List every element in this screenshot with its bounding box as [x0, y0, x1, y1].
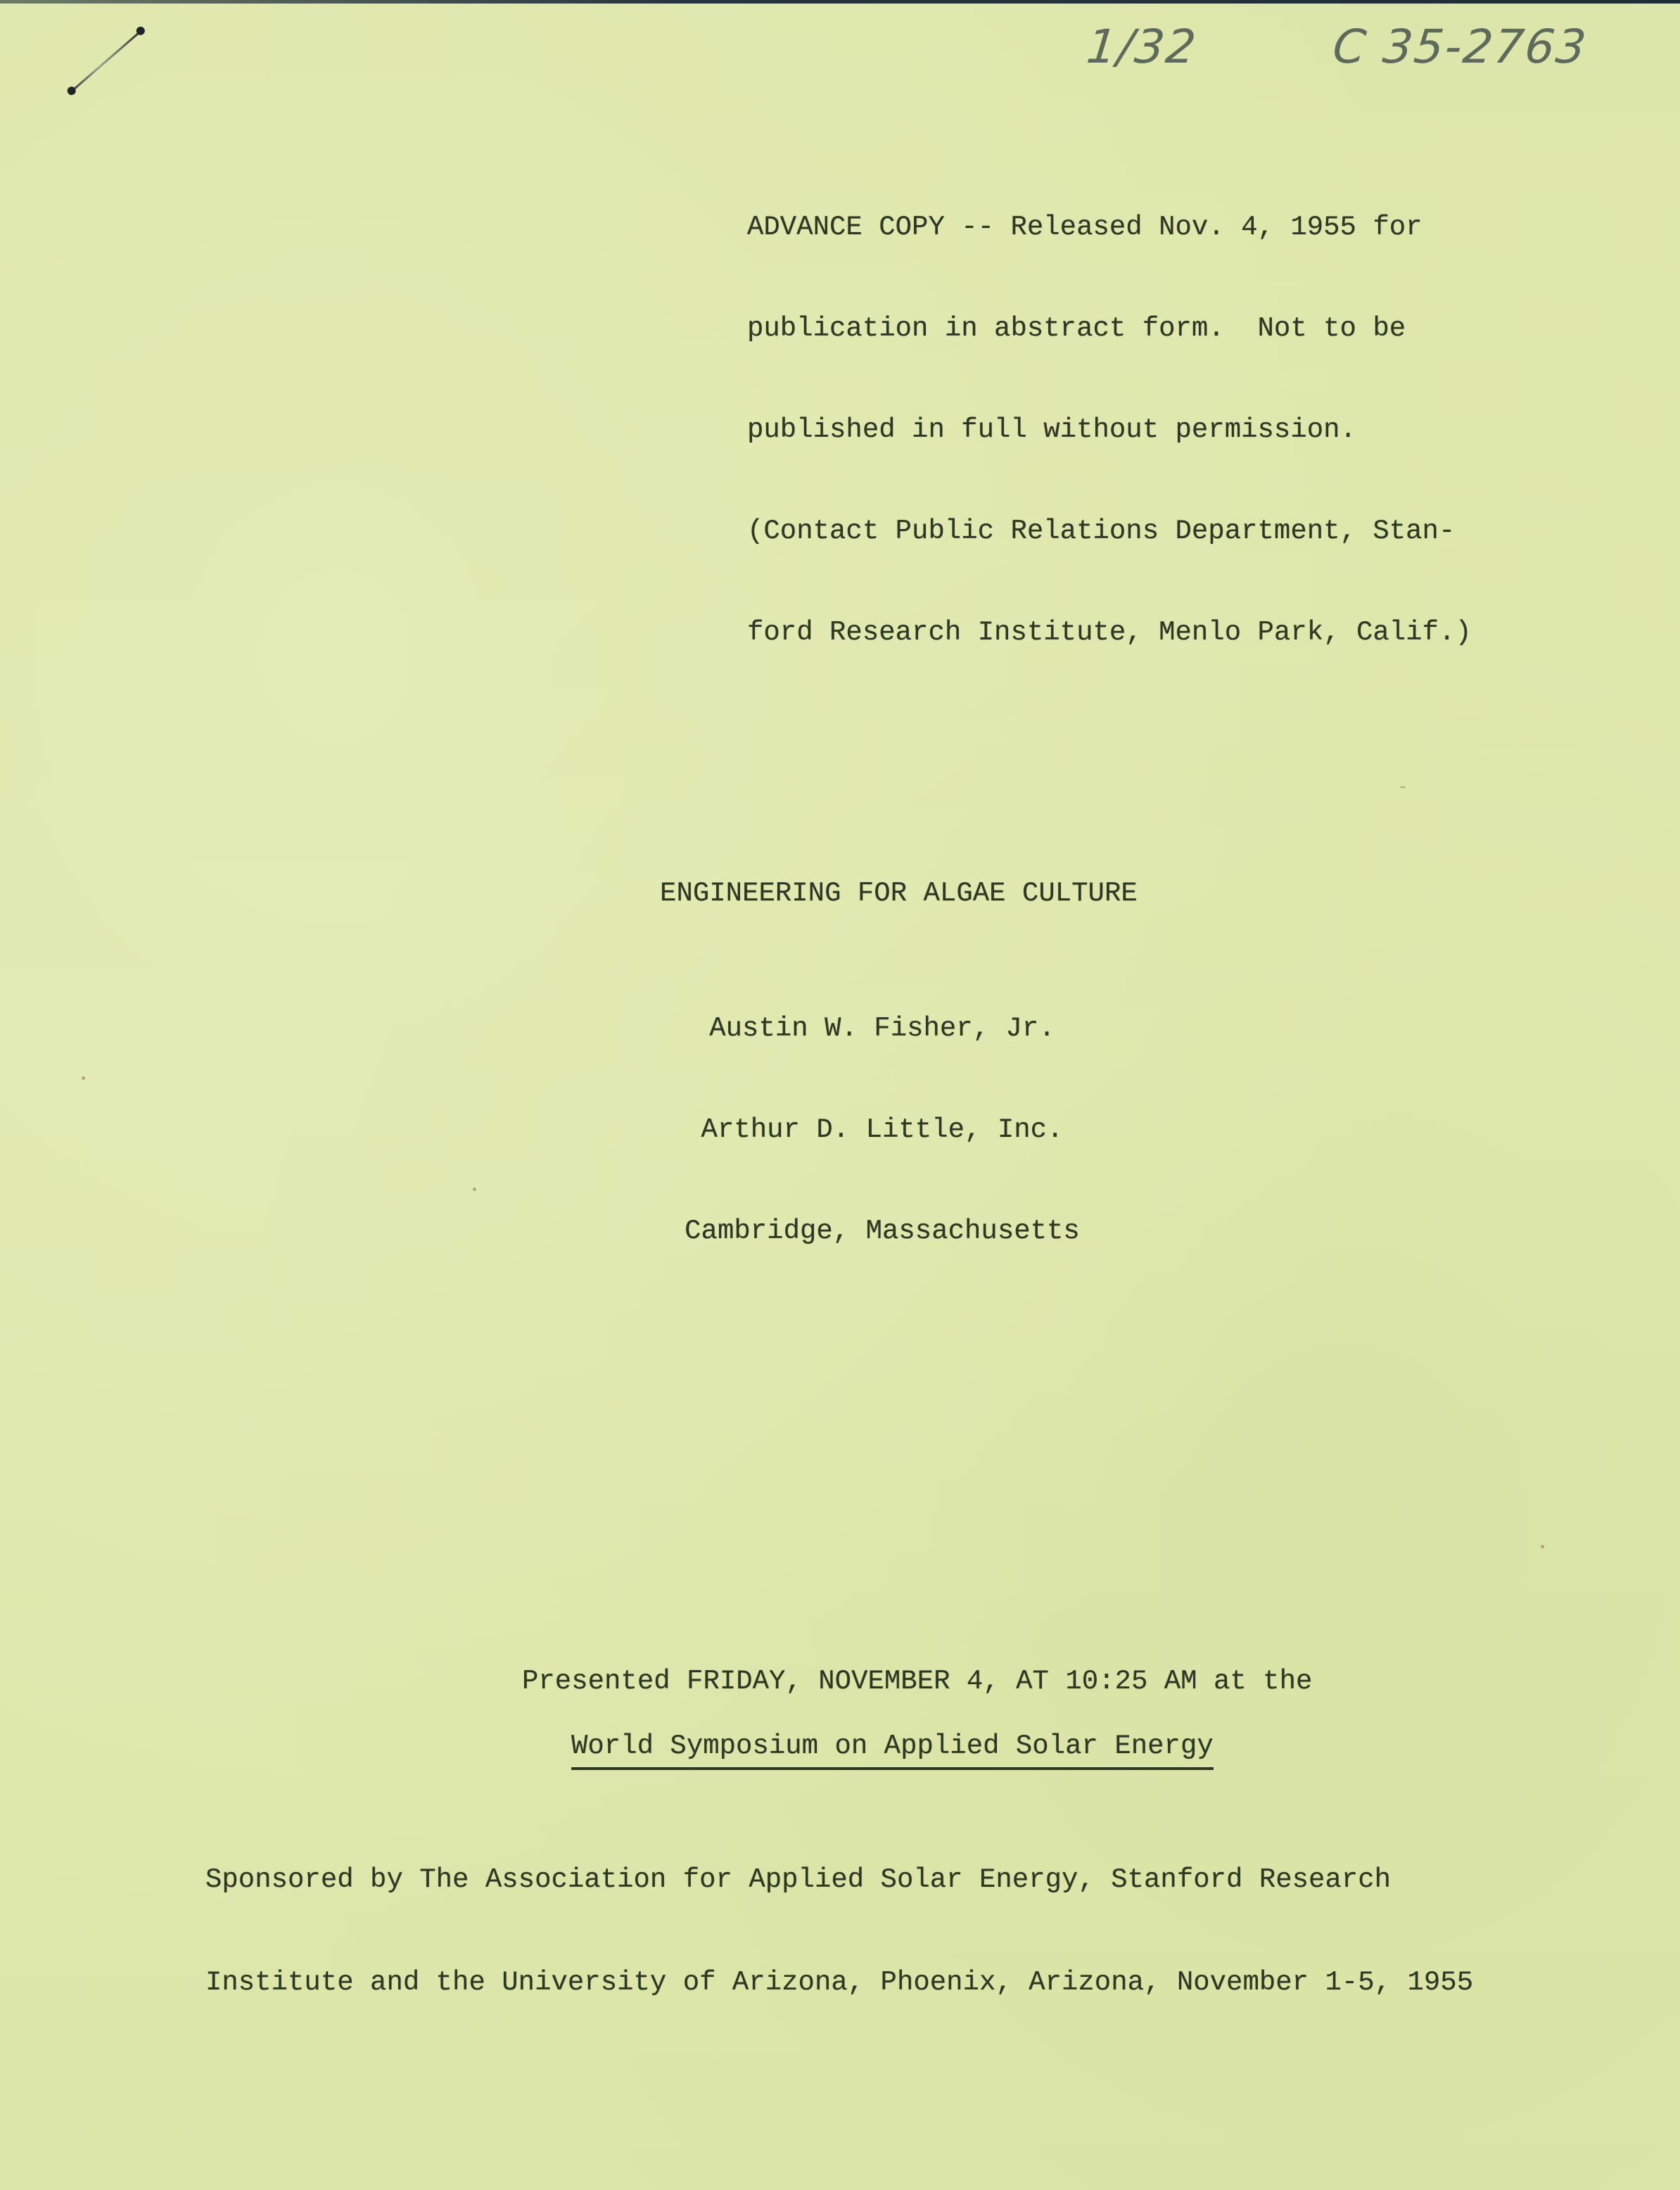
paper-speck	[82, 1076, 85, 1080]
notice-line: publication in abstract form. Not to be	[747, 312, 1472, 345]
notice-line: published in full without permission.	[747, 413, 1472, 447]
scan-top-edge	[0, 0, 1680, 4]
paper-speck	[1541, 1545, 1544, 1548]
sponsor-line: Institute and the University of Arizona,…	[205, 1966, 1473, 2001]
notice-line: ADVANCE COPY -- Released Nov. 4, 1955 fo…	[747, 210, 1472, 244]
notice-line: ford Research Institute, Menlo Park, Cal…	[747, 616, 1472, 649]
symposium-name: World Symposium on Applied Solar Energy	[571, 1729, 1214, 1770]
sponsor-block: Sponsored by The Association for Applied…	[205, 1795, 1473, 2035]
paper-speck	[1400, 787, 1406, 788]
sponsor-line: Sponsored by The Association for Applied…	[205, 1863, 1473, 1898]
author-block: Austin W. Fisher, Jr. Arthur D. Little, …	[0, 944, 1680, 1282]
handwritten-catalog-code: C 35-2763	[1330, 20, 1590, 74]
presented-line: Presented FRIDAY, NOVEMBER 4, AT 10:25 A…	[522, 1664, 1312, 1698]
notice-line: (Contact Public Relations Department, St…	[747, 514, 1472, 548]
handwritten-page-ref: 1/32	[1084, 20, 1199, 74]
author-location: Cambridge, Massachusetts	[84, 1214, 1680, 1248]
advance-copy-notice: ADVANCE COPY -- Released Nov. 4, 1955 fo…	[747, 143, 1472, 683]
paper-title: ENGINEERING FOR ALGAE CULTURE	[660, 877, 1138, 910]
paper-speck	[473, 1188, 476, 1191]
author-name: Austin W. Fisher, Jr.	[84, 1012, 1680, 1045]
title-block: ENGINEERING FOR ALGAE CULTURE	[0, 843, 1680, 910]
author-organization: Arthur D. Little, Inc.	[84, 1113, 1680, 1147]
staple-icon	[71, 30, 141, 92]
